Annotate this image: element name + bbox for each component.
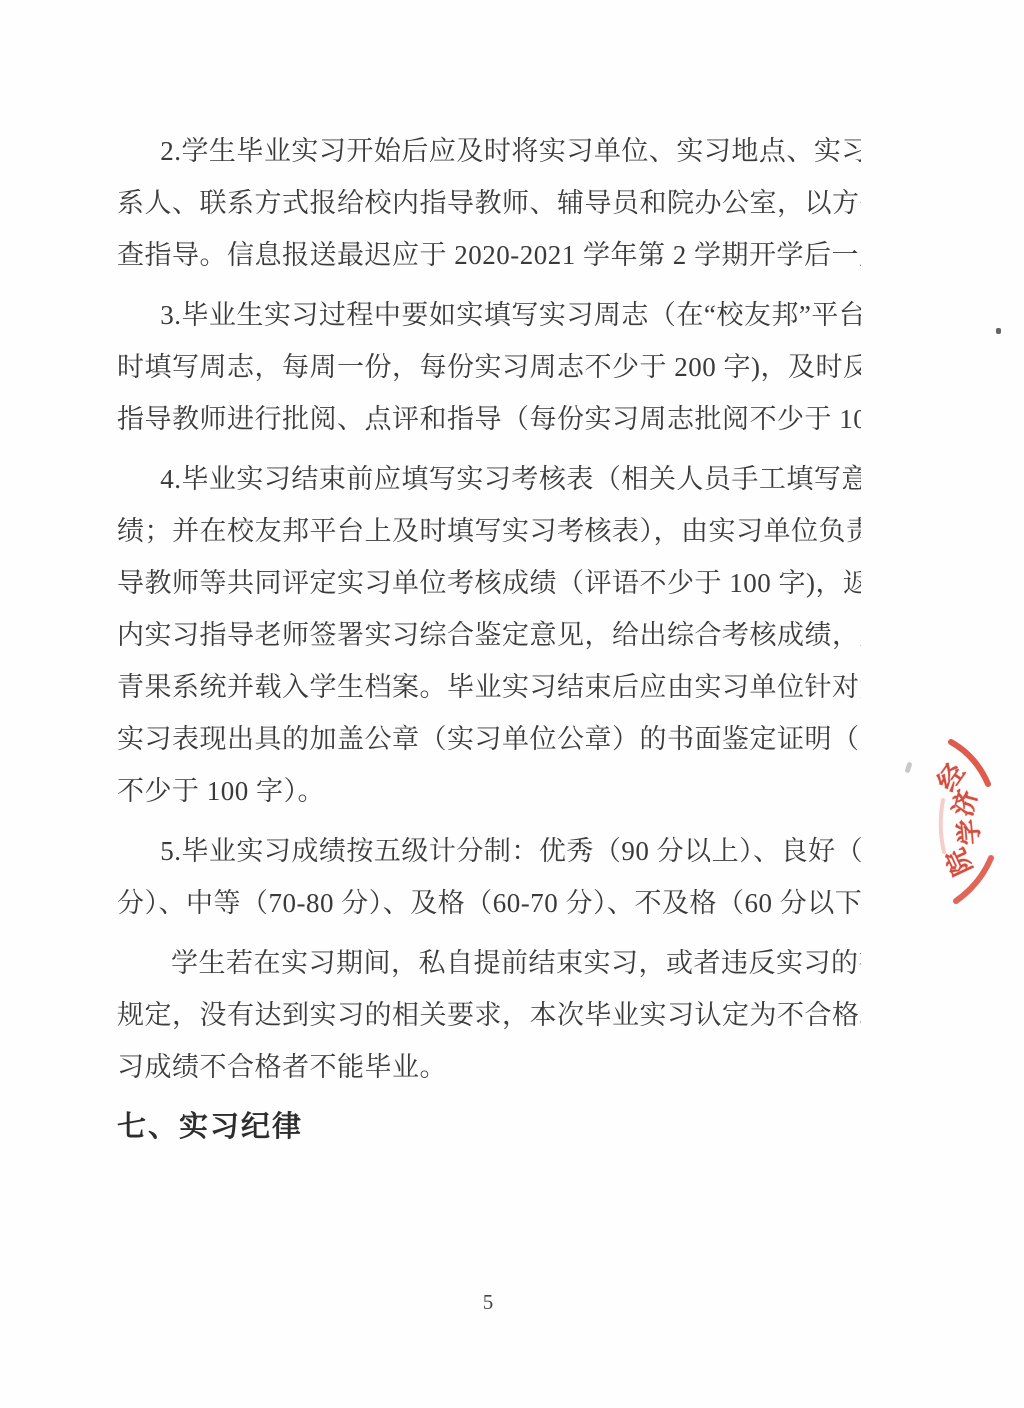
- text-line: 青果系统并载入学生档案。毕业实习结束后应由实习单位针对实习生的: [117, 661, 861, 713]
- paragraph-failure-rule: 学生若在实习期间，私自提前结束实习，或者违反实习的有关管理 规定，没有达到实习的…: [117, 937, 861, 1093]
- paragraph-item-4: 4.毕业实习结束前应填写实习考核表（相关人员手工填写意见或成 绩；并在校友邦平台…: [117, 453, 861, 817]
- section-heading-discipline: 七、实习纪律: [117, 1101, 861, 1153]
- paragraph-item-3: 3.毕业生实习过程中要如实填写实习周志（在“校友邦”平台上及 时填写周志，每周一…: [117, 289, 861, 445]
- text-line: 2.学生毕业实习开始后应及时将实习单位、实习地点、实习单位联: [117, 125, 861, 177]
- text-line: 查指导。信息报送最迟应于 2020-2021 学年第 2 学期开学后一周内完成。: [117, 229, 861, 281]
- text-line: 3.毕业生实习过程中要如实填写实习周志（在“校友邦”平台上及: [117, 289, 861, 341]
- document-body: 2.学生毕业实习开始后应及时将实习单位、实习地点、实习单位联 系人、联系方式报给…: [117, 125, 861, 1153]
- text-line: 分）、中等（70-80 分）、及格（60-70 分）、不及格（60 分以下）评定…: [117, 877, 861, 929]
- text-line: 学生若在实习期间，私自提前结束实习，或者违反实习的有关管理: [117, 937, 861, 989]
- paragraph-item-2: 2.学生毕业实习开始后应及时将实习单位、实习地点、实习单位联 系人、联系方式报给…: [117, 125, 861, 281]
- seal-character: 济: [947, 785, 984, 822]
- text-line: 系人、联系方式报给校内指导教师、辅导员和院办公室，以方便教师检: [117, 177, 861, 229]
- text-line: 导教师等共同评定实习单位考核成绩（评语不少于 100 字)，返校后由校: [117, 557, 861, 609]
- seal-character: 学: [953, 816, 986, 849]
- text-line: 内实习指导老师签署实习综合鉴定意见，给出综合考核成绩，及时录入: [117, 609, 861, 661]
- text-line: 5.毕业实习成绩按五级计分制：优秀（90 分以上）、良好（80 -90: [117, 825, 861, 877]
- text-line: 规定，没有达到实习的相关要求，本次毕业实习认定为不合格。毕业实: [117, 989, 861, 1041]
- seal-character: 经: [930, 756, 972, 798]
- scan-artifact: [996, 328, 1001, 334]
- text-line: 习成绩不合格者不能毕业。: [117, 1041, 861, 1093]
- document-page: 2.学生毕业实习开始后应及时将实习单位、实习地点、实习单位联 系人、联系方式报给…: [0, 0, 1024, 1408]
- scan-artifact: [904, 761, 912, 773]
- text-line: 实习表现出具的加盖公章（实习单位公章）的书面鉴定证明（书面鉴定: [117, 713, 861, 765]
- seal-character: 院: [939, 842, 979, 882]
- page-number: 5: [0, 1290, 976, 1315]
- text-line: 时填写周志，每周一份，每份实习周志不少于 200 字)，及时反馈给实习: [117, 341, 861, 393]
- text-line: 绩；并在校友邦平台上及时填写实习考核表），由实习单位负责人、指: [117, 505, 861, 557]
- text-line: 指导教师进行批阅、点评和指导（每份实习周志批阅不少于 100 字)。: [117, 393, 861, 445]
- text-line: 不少于 100 字）。: [117, 765, 861, 817]
- text-line: 4.毕业实习结束前应填写实习考核表（相关人员手工填写意见或成: [117, 453, 861, 505]
- paragraph-item-5: 5.毕业实习成绩按五级计分制：优秀（90 分以上）、良好（80 -90 分）、中…: [117, 825, 861, 929]
